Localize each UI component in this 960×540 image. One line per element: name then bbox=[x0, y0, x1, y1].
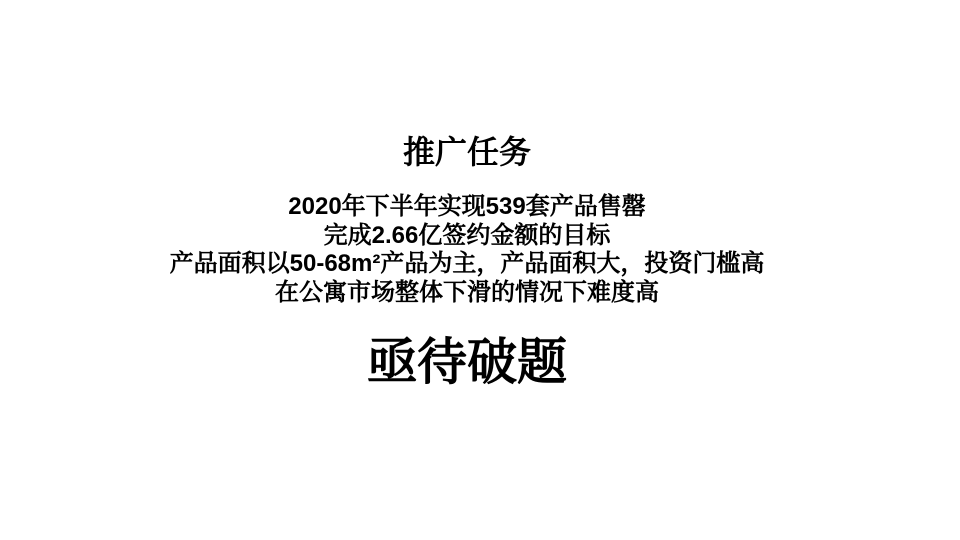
body-line-2: 完成2.66亿签约金额的目标 bbox=[0, 222, 934, 251]
slide-title: 推广任务 bbox=[0, 133, 934, 171]
body-line-1: 2020年下半年实现539套产品售罄 bbox=[0, 193, 934, 222]
body-line-3: 产品面积以50-68m²产品为主，产品面积大，投资门槛高 bbox=[0, 250, 934, 279]
presentation-slide: 推广任务 2020年下半年实现539套产品售罄 完成2.66亿签约金额的目标 产… bbox=[0, 0, 960, 540]
body-line-4: 在公寓市场整体下滑的情况下难度高 bbox=[0, 279, 934, 308]
body-text-block: 2020年下半年实现539套产品售罄 完成2.66亿签约金额的目标 产品面积以5… bbox=[0, 193, 934, 307]
emphasis-text: 亟待破题 bbox=[0, 333, 934, 391]
